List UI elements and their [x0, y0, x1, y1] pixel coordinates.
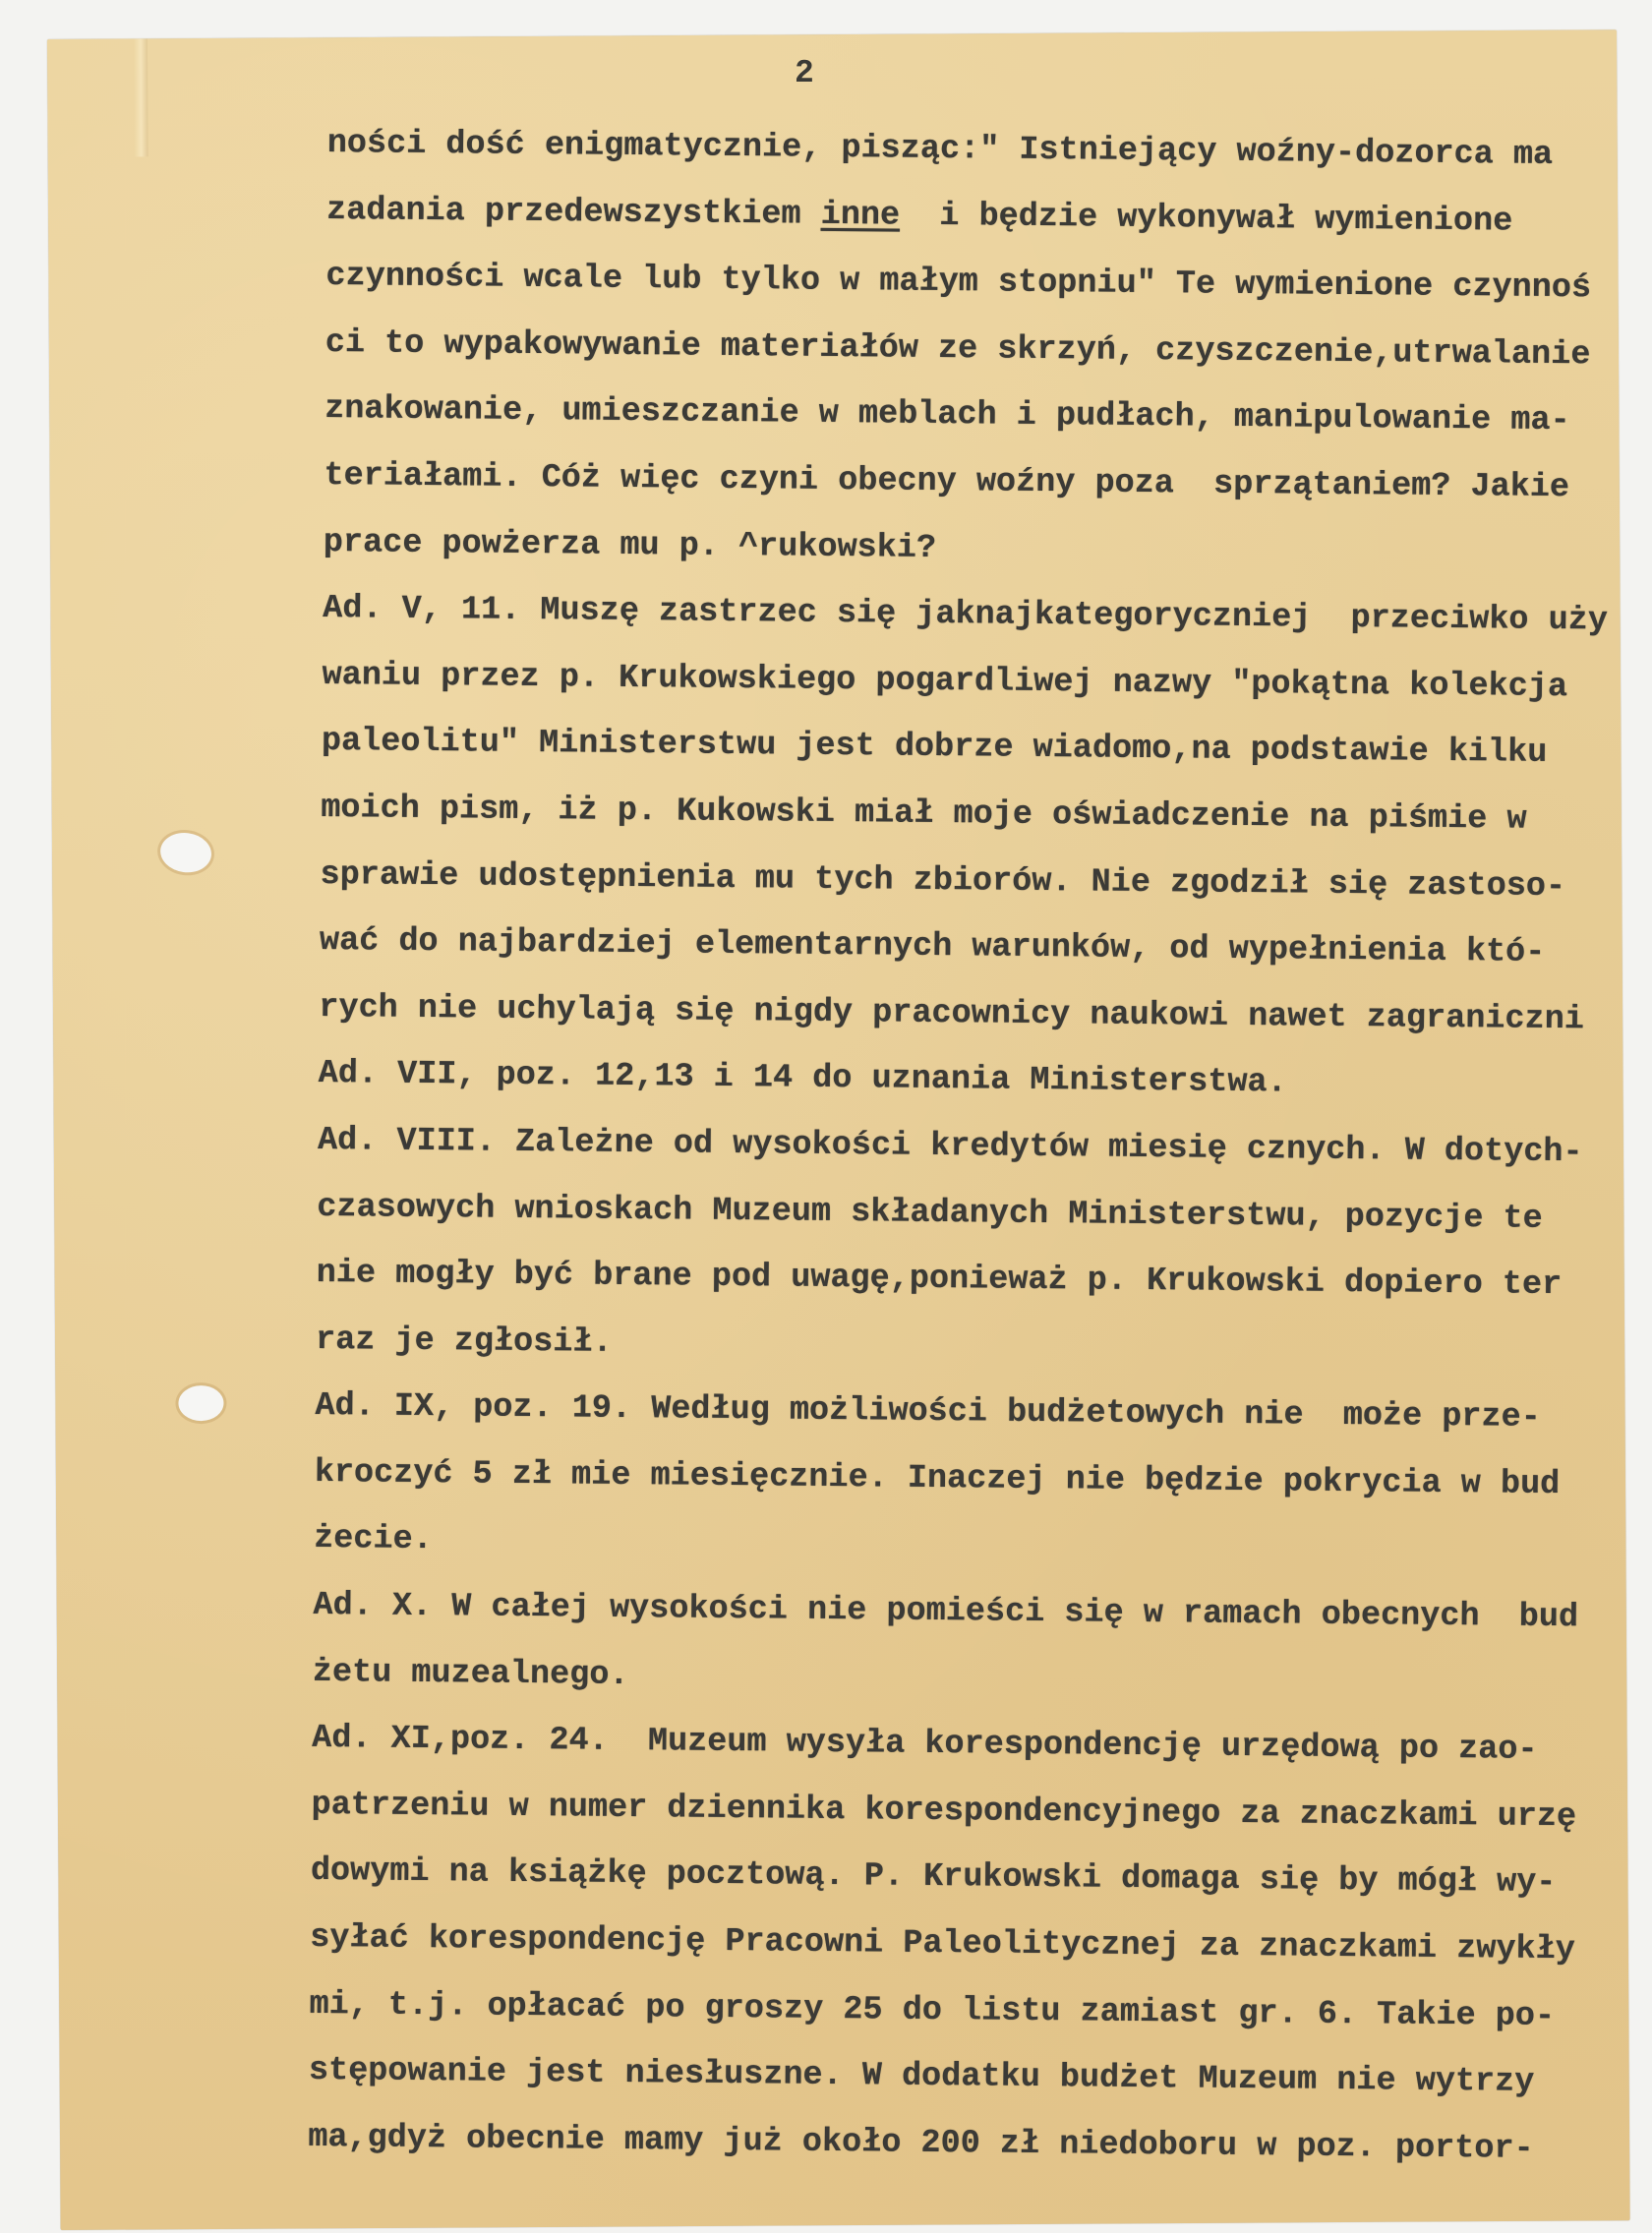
underlined-word: inne — [821, 196, 901, 234]
section-ad-x: Ad. X. W całej wysokości nie pomieści si… — [313, 1582, 1612, 1661]
text-line: patrzeniu w numer dziennika korespondenc… — [311, 1782, 1610, 1860]
text-line: czynności wcale lub tylko w małym stopni… — [325, 253, 1624, 331]
text-line: syłać korespondencję Pracowni Paleolityc… — [310, 1914, 1609, 1993]
text-line: nie mogły być brane pod uwagę,ponieważ p… — [316, 1250, 1615, 1328]
punch-hole-top — [158, 830, 214, 876]
text-line: wać do najbardziej elementarnych warunkó… — [320, 917, 1619, 996]
text-line: raz je zgłosił. — [316, 1317, 1615, 1395]
section-ad-viii: Ad. VIII. Zależne od wysokości kredytów … — [318, 1117, 1617, 1196]
text-line: znakowanie, umieszczanie w meblach i pud… — [324, 385, 1623, 464]
text-line: sprawie udostępnienia mu tych zbiorów. N… — [320, 851, 1619, 929]
text-line: stępowanie jest niesłuszne. W dodatku bu… — [309, 2047, 1608, 2126]
text-line: żetu muzealnego. — [312, 1649, 1611, 1728]
text-line: rych nie uchylają się nigdy pracownicy n… — [319, 984, 1618, 1063]
text-line: prace powżerza mu p. ^rukowski? — [323, 519, 1622, 598]
section-ad-xi: Ad. XI,poz. 24. Muzeum wysyła koresponde… — [312, 1715, 1611, 1793]
section-ad-vii: Ad. VII, poz. 12,13 i 14 do uznania Mini… — [318, 1050, 1617, 1129]
text-line: paleolitu" Ministerstwu jest dobrze wiad… — [322, 718, 1621, 796]
text-line: żecie. — [314, 1515, 1613, 1594]
paper-fold — [134, 38, 148, 156]
text-line: waniu przez p. Krukowskiego pogardliwej … — [322, 652, 1621, 731]
text-line: dowymi na książkę pocztową. P. Krukowski… — [310, 1848, 1609, 1926]
text-line: ma,gdyż obecnie mamy już około 200 zł ni… — [308, 2114, 1607, 2193]
text-segment: zadania przedewszystkiem — [326, 192, 821, 234]
text-line: ności dość enigmatycznie, pisząc:" Istni… — [326, 120, 1625, 199]
text-line: moich pism, iż p. Kukowski miał moje ośw… — [321, 785, 1620, 863]
punch-hole-bottom — [178, 1385, 223, 1421]
text-line: teriałami. Cóż więc czyni obecny woźny p… — [324, 452, 1622, 531]
text-line: czasowych wnioskach Muzeum składanych Mi… — [317, 1183, 1616, 1262]
section-ad-ix: Ad. IX, poz. 19. Według możliwości budże… — [315, 1382, 1614, 1461]
text-line: kroczyć 5 zł mie miesięcznie. Inaczej ni… — [314, 1449, 1613, 1528]
text-line: zadania przedewszystkiem inne i będzie w… — [326, 187, 1625, 265]
text-line: ci to wypakowywanie materiałów ze skrzyń… — [324, 320, 1623, 398]
text-line: mi, t.j. opłacać po groszy 25 do listu z… — [309, 1981, 1608, 2060]
typewritten-body: ności dość enigmatycznie, pisząc:" Istni… — [308, 120, 1625, 2193]
section-ad-v: Ad. V, 11. Muszę zastrzec się jaknajkate… — [323, 585, 1622, 664]
page-number: 2 — [795, 55, 814, 91]
text-segment: i będzie wykonywał wymienione — [900, 197, 1513, 240]
